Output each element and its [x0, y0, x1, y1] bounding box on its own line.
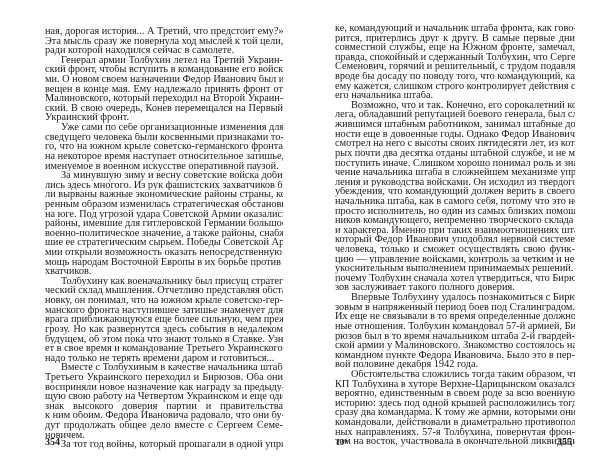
text-line: Украинский фронт.: [45, 113, 283, 123]
text-line: КП Толбухина в хуторе Верхне-Царицынском…: [335, 380, 575, 390]
text-line: на некоторое время наступает относительн…: [45, 152, 283, 162]
text-line: к ним обоим. Федора Ивановича радовало, …: [45, 411, 283, 421]
text-line: ке, командующий и начальник штаба фронта…: [335, 24, 575, 34]
text-line: ных направлениях. 57-я Толбухина, поверн…: [335, 428, 575, 438]
text-line: ет в свое время и командование Третьего …: [45, 344, 283, 354]
text-line: ников командующего, непременно творческо…: [335, 216, 575, 226]
text-line: За тот год войны, который прошагали в од…: [45, 440, 283, 450]
text-line: ский. В свою очередь, Конев перемещался …: [45, 104, 283, 114]
text-line: мощь народам Восточной Европы в их борьб…: [45, 258, 283, 268]
text-line: рюзов был в то время начальником штаба 2…: [335, 332, 575, 342]
text-line: чение начальника штаба в сложнейшем меха…: [335, 168, 575, 178]
text-line: жившимся штабным работником, занимал шта…: [335, 120, 575, 130]
text-line: историю: здесь под одной крышей располож…: [335, 399, 575, 409]
text-line: военно-политическое значение, а также ра…: [45, 229, 283, 239]
text-line: Эта мысль сразу же повернула ход мыслей …: [45, 37, 283, 47]
page-number-right: 355: [557, 437, 572, 448]
text-line: щую свою работу на Четвертом Украинском …: [45, 392, 283, 402]
text-line: его начальника штаба.: [335, 91, 575, 101]
text-line: человека, только и сможет осуществлять с…: [335, 245, 575, 255]
right-page: ке, командующий и начальник штаба фронта…: [300, 0, 600, 471]
text-line: манского фронта наступившее затишье знам…: [45, 306, 283, 316]
text-line: дут продолжать общее дело вместе с Серге…: [45, 421, 283, 431]
text-line: грозу. Но как развернутся здесь события …: [45, 325, 283, 335]
text-line: ради которой находился сейчас в самолете…: [45, 46, 283, 56]
text-line: За минувшую зиму и весну советские войск…: [45, 171, 283, 181]
text-line: лись здесь многого. Из рук фашистских за…: [45, 181, 283, 191]
text-line: ми. О новом своем назначении Федор Ивано…: [45, 75, 283, 85]
text-line: том на восток, участвовала в окончательн…: [335, 437, 575, 447]
signature-mark: 13*: [336, 438, 348, 447]
text-line: ренным образом изменилась стратегическая…: [45, 200, 283, 210]
text-line: новичем.: [45, 431, 283, 441]
text-line: Генерал армии Толбухин летел на Третий У…: [45, 56, 283, 66]
text-line: просто исполнитель, но один из самых бли…: [335, 207, 575, 217]
text-line: ли вырваны важные экономические районы с…: [45, 190, 283, 200]
text-line: на юге. Под угрозой удара Советской Арми…: [45, 210, 283, 220]
text-line: хватчиков.: [45, 267, 283, 277]
text-line: вероятно, единственным в своем роде за в…: [335, 389, 575, 399]
text-line: Малиновского, который переходил на Второ…: [45, 94, 283, 104]
text-line: почему Толбухин сначала хотел утвердитьс…: [335, 274, 575, 284]
text-line: и характера. Именно при таких взаимоотно…: [335, 226, 575, 236]
text-line: Третьего Украинского переходил и Бирюзов…: [45, 373, 283, 383]
text-line: сведущего человека были косвенными призн…: [45, 133, 283, 143]
text-line: будущем, об этом пока что знают только в…: [45, 335, 283, 345]
text-line: Уже сами по себе организационные изменен…: [45, 123, 283, 133]
text-line: Возможно, что и так. Конечно, его сорока…: [335, 101, 575, 111]
text-line: ческий склад мышления. Отчетливо предста…: [45, 286, 283, 296]
text-line: ему кажется, слишком строго контролирует…: [335, 82, 575, 92]
text-line: убеждения, что командующий должен верить…: [335, 187, 575, 197]
text-line: смотрел на него с высоты своих пятидесят…: [335, 139, 575, 149]
text-line: Впервые Толбухину удалось познакомиться …: [335, 293, 575, 303]
text-line: рится, притерлись друг к другу. В самые …: [335, 34, 575, 44]
text-line: ная, дорогая история... А Третий, что пр…: [45, 27, 283, 37]
text-line: новку, он понимал, что на южном крыле со…: [45, 296, 283, 306]
text-line: правда, спокойный и сдержанный Толбухин,…: [335, 53, 575, 63]
text-line: начальника штаба, как в самого себя, пот…: [335, 197, 575, 207]
text-line: вроде бы досаду по поводу того, что кома…: [335, 72, 575, 82]
text-line: именуемое в военном искусстве оперативно…: [45, 162, 283, 172]
text-line: ской армии у Малиновского. Знакомство со…: [335, 341, 575, 351]
text-line: укоснительным выполнением принимаемых ре…: [335, 264, 575, 274]
text-line: го, что на южном крыле советско-германск…: [45, 142, 283, 152]
text-line: надо только не терять времени даром и го…: [45, 354, 283, 364]
text-line: шие ее стратегическим сырьем. Победы Сов…: [45, 238, 283, 248]
text-line: мии открыли возможность оказать непосред…: [45, 248, 283, 258]
text-line: сразу два командарма. К тому же армии, к…: [335, 408, 575, 418]
text-line: вещен в конце мая. Ему надлежало принять…: [45, 85, 283, 95]
text-line: Обстоятельства сложились тогда таким обр…: [335, 370, 575, 380]
text-line: зовым в напряженный период боев под Стал…: [335, 303, 575, 313]
text-line: врага приближающуюся еще более сильную, …: [45, 315, 283, 325]
right-page-body: ке, командующий и начальник штаба фронта…: [335, 24, 575, 447]
left-page: ная, дорогая история... А Третий, что пр…: [0, 0, 300, 471]
text-line: Вместе с Толбухиным в качестве начальник…: [45, 363, 283, 373]
text-line: районы, имевшие для гитлеровской Германи…: [45, 219, 283, 229]
text-line: Их еще не связывали в то время определен…: [335, 312, 575, 322]
text-line: цию — управление войсками, контроль за ч…: [335, 255, 575, 265]
text-line: Толбухину как военачальнику был присущ с…: [45, 277, 283, 287]
text-line: зов заслуживает такого полного доверия.: [335, 283, 575, 293]
text-line: ления и руководства войсками. Он исходил…: [335, 178, 575, 188]
text-line: Семенович, горячий и решительный, с труд…: [335, 62, 575, 72]
text-line: командном пункте Федора Ивановича. Было …: [335, 351, 575, 361]
text-line: совместной службы, еще на Южном фронте, …: [335, 43, 575, 53]
text-line: поступить иначе. Слишком хорошо понимал …: [335, 159, 575, 169]
text-line: знак высокого доверия партии и правитель…: [45, 402, 283, 412]
text-line: вой половине декабря 1942 года.: [335, 360, 575, 370]
text-line: который Федор Иванович уподоблял нервной…: [335, 235, 575, 245]
text-line: ский фронт, чтобы вступить в командовани…: [45, 65, 283, 75]
text-line: командовали, действовали в диаметрально …: [335, 418, 575, 428]
text-line: лега, обладавший репутацией боевого гене…: [335, 110, 575, 120]
left-page-body: ная, дорогая история... А Третий, что пр…: [45, 27, 283, 450]
page-number-left: 354: [45, 437, 60, 448]
text-line: восприняли новое назначение как награду …: [45, 383, 283, 393]
text-line: ности еще в довоенные годы. Однако Федор…: [335, 130, 575, 140]
text-line: ные отношения. Толбухин командовал 57-й …: [335, 322, 575, 332]
text-line: рых почти два десятка отданы штабной слу…: [335, 149, 575, 159]
